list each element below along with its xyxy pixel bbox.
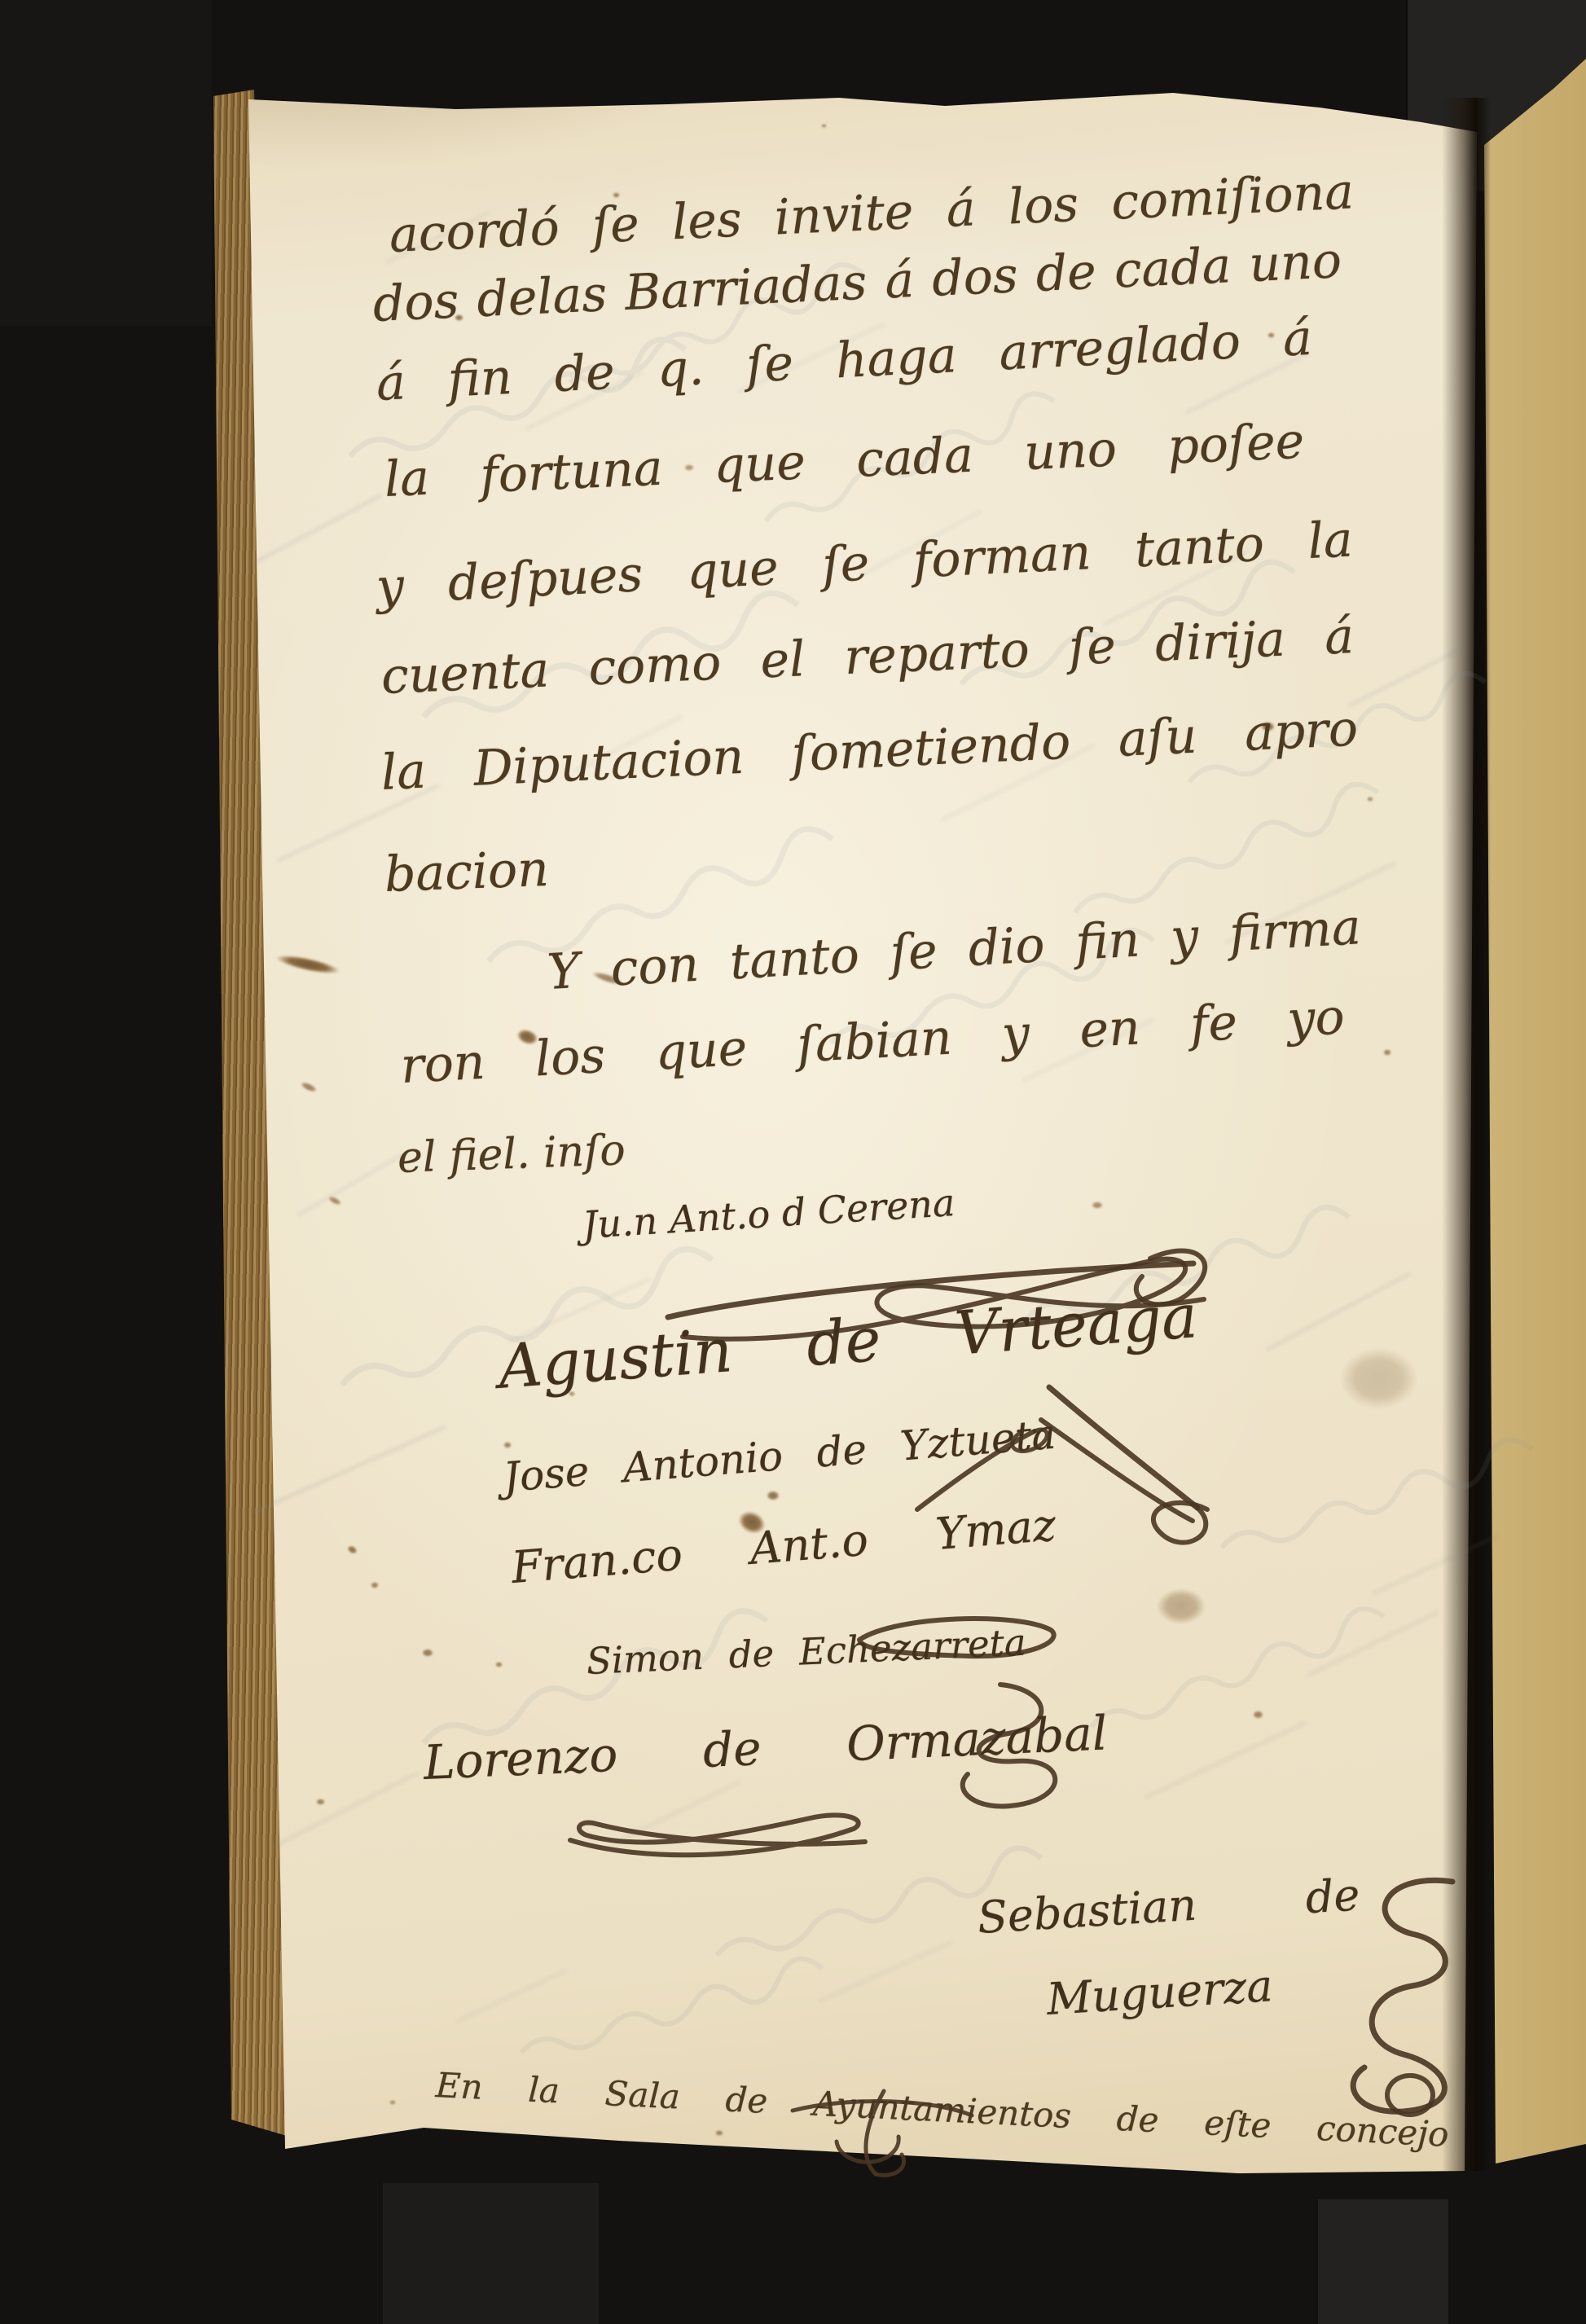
ink-stain <box>495 1662 503 1667</box>
footer-rubric-flourish <box>786 2088 986 2179</box>
ink-stain <box>821 124 827 128</box>
body-line-8: bacion <box>384 841 550 903</box>
ink-stain <box>1157 1588 1206 1624</box>
ink-stain <box>1340 1348 1417 1409</box>
ink-stain <box>371 1582 379 1588</box>
ink-stain <box>316 1799 325 1805</box>
ink-stain <box>503 1442 512 1448</box>
ink-stain <box>767 1491 780 1500</box>
ormazabal-rubric-flourish <box>562 1804 880 1865</box>
ink-stain <box>1383 1049 1391 1056</box>
ink-stain <box>1092 1202 1103 1209</box>
archival-photo: acordó ſe les invite á los comiſiona dos… <box>0 0 1586 2324</box>
ink-stain <box>389 2100 396 2105</box>
ink-stain <box>1253 1711 1263 1719</box>
ink-stain <box>715 2130 723 2136</box>
ink-stain <box>422 1649 433 1657</box>
muguerza-rubric-flourish <box>1332 1865 1474 2118</box>
urteaga-rubric-flourish <box>1035 1373 1238 1548</box>
ink-stain <box>1367 797 1373 802</box>
closing-line-3: el fiel. inſo <box>397 1126 626 1183</box>
